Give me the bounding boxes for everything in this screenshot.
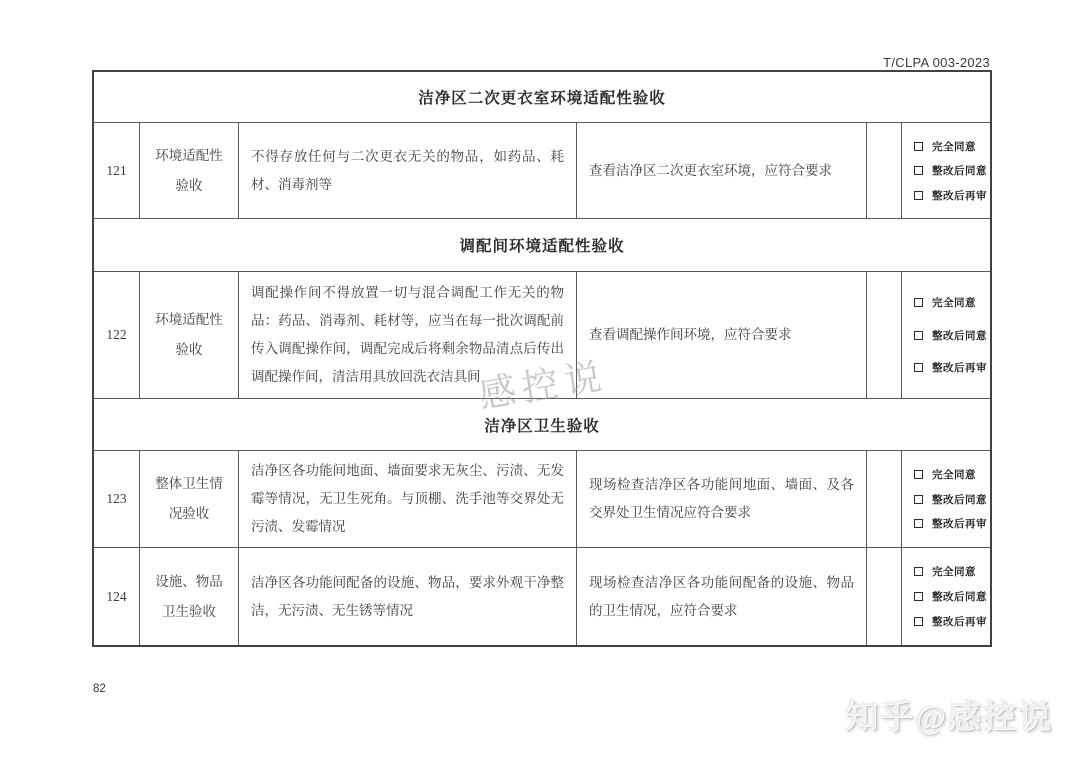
option-agree-after-fix: 整改后同意: [914, 492, 987, 507]
checkbox-icon: [914, 166, 923, 175]
checkbox-label: 整改后同意: [932, 589, 987, 604]
method-text: 查看洁净区二次更衣室环境，应符合要求: [589, 157, 854, 185]
blank-cell: [866, 272, 901, 398]
method-cell: 现场检查洁净区各功能间地面、墙面、及各交界处卫生情况应符合要求: [576, 451, 866, 547]
blank-cell: [866, 548, 901, 645]
requirement-text: 洁净区各功能间地面、墙面要求无灰尘、污渍、无发霉等情况，无卫生死角。与顶棚、洗手…: [251, 457, 564, 541]
checkbox-icon: [914, 363, 923, 372]
checkbox-icon: [914, 519, 923, 528]
checkbox-label: 完全同意: [932, 295, 976, 310]
options-cell: 完全同意 整改后同意 整改后再审: [901, 451, 990, 547]
row-number-cell: 121: [94, 123, 139, 218]
checkbox-icon: [914, 567, 923, 576]
item-name-cell: 整体卫生情况验收: [139, 451, 238, 547]
requirement-text: 不得存放任何与二次更衣无关的物品，如药品、耗材、消毒剂等: [251, 143, 564, 199]
checkbox-icon: [914, 298, 923, 307]
section-header-row: 洁净区卫生验收: [94, 398, 990, 450]
checkbox-icon: [914, 470, 923, 479]
checkbox-icon: [914, 617, 923, 626]
blank-cell: [866, 451, 901, 547]
checkbox-label: 完全同意: [932, 467, 976, 482]
requirement-cell: 不得存放任何与二次更衣无关的物品，如药品、耗材、消毒剂等: [238, 123, 576, 218]
section-title: 洁净区卫生验收: [484, 414, 600, 436]
checkbox-label: 整改后再审: [932, 516, 987, 531]
option-review-after-fix: 整改后再审: [914, 614, 987, 629]
method-cell: 查看调配操作间环境，应符合要求: [576, 272, 866, 398]
method-text: 现场检查洁净区各功能间地面、墙面、及各交界处卫生情况应符合要求: [589, 471, 854, 527]
table-row: 124 设施、物品卫生验收 洁净区各功能间配备的设施、物品，要求外观干净整洁，无…: [94, 547, 990, 645]
checkbox-label: 整改后同意: [932, 163, 987, 178]
item-name-cell: 设施、物品卫生验收: [139, 548, 238, 645]
option-full-agree: 完全同意: [914, 564, 976, 579]
table-row: 121 环境适配性验收 不得存放任何与二次更衣无关的物品，如药品、耗材、消毒剂等…: [94, 122, 990, 218]
checkbox-icon: [914, 592, 923, 601]
method-text: 查看调配操作间环境，应符合要求: [589, 321, 854, 349]
checkbox-label: 整改后同意: [932, 492, 987, 507]
section-header-row: 洁净区二次更衣室环境适配性验收: [94, 72, 990, 122]
row-number-cell: 122: [94, 272, 139, 398]
option-full-agree: 完全同意: [914, 467, 976, 482]
row-number-cell: 124: [94, 548, 139, 645]
zhihu-watermark: 知乎@感控说: [844, 690, 1052, 737]
item-name: 整体卫生情况验收: [154, 469, 224, 529]
option-review-after-fix: 整改后再审: [914, 188, 987, 203]
item-name: 环境适配性验收: [154, 141, 224, 201]
section-title: 洁净区二次更衣室环境适配性验收: [418, 86, 666, 108]
doc-reference: T/CLPA 003-2023: [883, 55, 990, 70]
table-row: 122 环境适配性验收 调配操作间不得放置一切与混合调配工作无关的物品：药品、消…: [94, 271, 990, 398]
options-cell: 完全同意 整改后同意 整改后再审: [901, 123, 990, 218]
method-text: 现场检查洁净区各功能间配备的设施、物品的卫生情况，应符合要求: [589, 569, 854, 625]
checkbox-icon: [914, 331, 923, 340]
requirement-cell: 洁净区各功能间配备的设施、物品，要求外观干净整洁，无污渍、无生锈等情况: [238, 548, 576, 645]
checkbox-label: 整改后再审: [932, 614, 987, 629]
section-header-row: 调配间环境适配性验收: [94, 218, 990, 271]
page-number: 82: [93, 683, 106, 695]
item-name: 设施、物品卫生验收: [154, 567, 224, 627]
option-agree-after-fix: 整改后同意: [914, 589, 987, 604]
requirement-cell: 调配操作间不得放置一切与混合调配工作无关的物品：药品、消毒剂、耗材等，应当在每一…: [238, 272, 576, 398]
checkbox-icon: [914, 191, 923, 200]
checkbox-label: 整改后再审: [932, 188, 987, 203]
options-cell: 完全同意 整改后同意 整改后再审: [901, 548, 990, 645]
checkbox-icon: [914, 495, 923, 504]
option-review-after-fix: 整改后再审: [914, 516, 987, 531]
table-row: 123 整体卫生情况验收 洁净区各功能间地面、墙面要求无灰尘、污渍、无发霉等情况…: [94, 450, 990, 547]
requirement-text: 洁净区各功能间配备的设施、物品，要求外观干净整洁，无污渍、无生锈等情况: [251, 569, 564, 625]
option-full-agree: 完全同意: [914, 139, 976, 154]
checkbox-icon: [914, 142, 923, 151]
options-cell: 完全同意 整改后同意 整改后再审: [901, 272, 990, 398]
checkbox-label: 完全同意: [932, 139, 976, 154]
section-title: 调配间环境适配性验收: [459, 234, 624, 256]
requirement-cell: 洁净区各功能间地面、墙面要求无灰尘、污渍、无发霉等情况，无卫生死角。与顶棚、洗手…: [238, 451, 576, 547]
checkbox-label: 完全同意: [932, 564, 976, 579]
option-review-after-fix: 整改后再审: [914, 360, 987, 375]
requirement-text: 调配操作间不得放置一切与混合调配工作无关的物品：药品、消毒剂、耗材等，应当在每一…: [251, 279, 564, 391]
method-cell: 现场检查洁净区各功能间配备的设施、物品的卫生情况，应符合要求: [576, 548, 866, 645]
row-number-cell: 123: [94, 451, 139, 547]
checkbox-label: 整改后再审: [932, 360, 987, 375]
method-cell: 查看洁净区二次更衣室环境，应符合要求: [576, 123, 866, 218]
item-name-cell: 环境适配性验收: [139, 272, 238, 398]
option-full-agree: 完全同意: [914, 295, 976, 310]
acceptance-table: 洁净区二次更衣室环境适配性验收 121 环境适配性验收 不得存放任何与二次更衣无…: [92, 70, 992, 647]
item-name: 环境适配性验收: [154, 305, 224, 365]
checkbox-label: 整改后同意: [932, 328, 987, 343]
item-name-cell: 环境适配性验收: [139, 123, 238, 218]
option-agree-after-fix: 整改后同意: [914, 163, 987, 178]
blank-cell: [866, 123, 901, 218]
option-agree-after-fix: 整改后同意: [914, 328, 987, 343]
